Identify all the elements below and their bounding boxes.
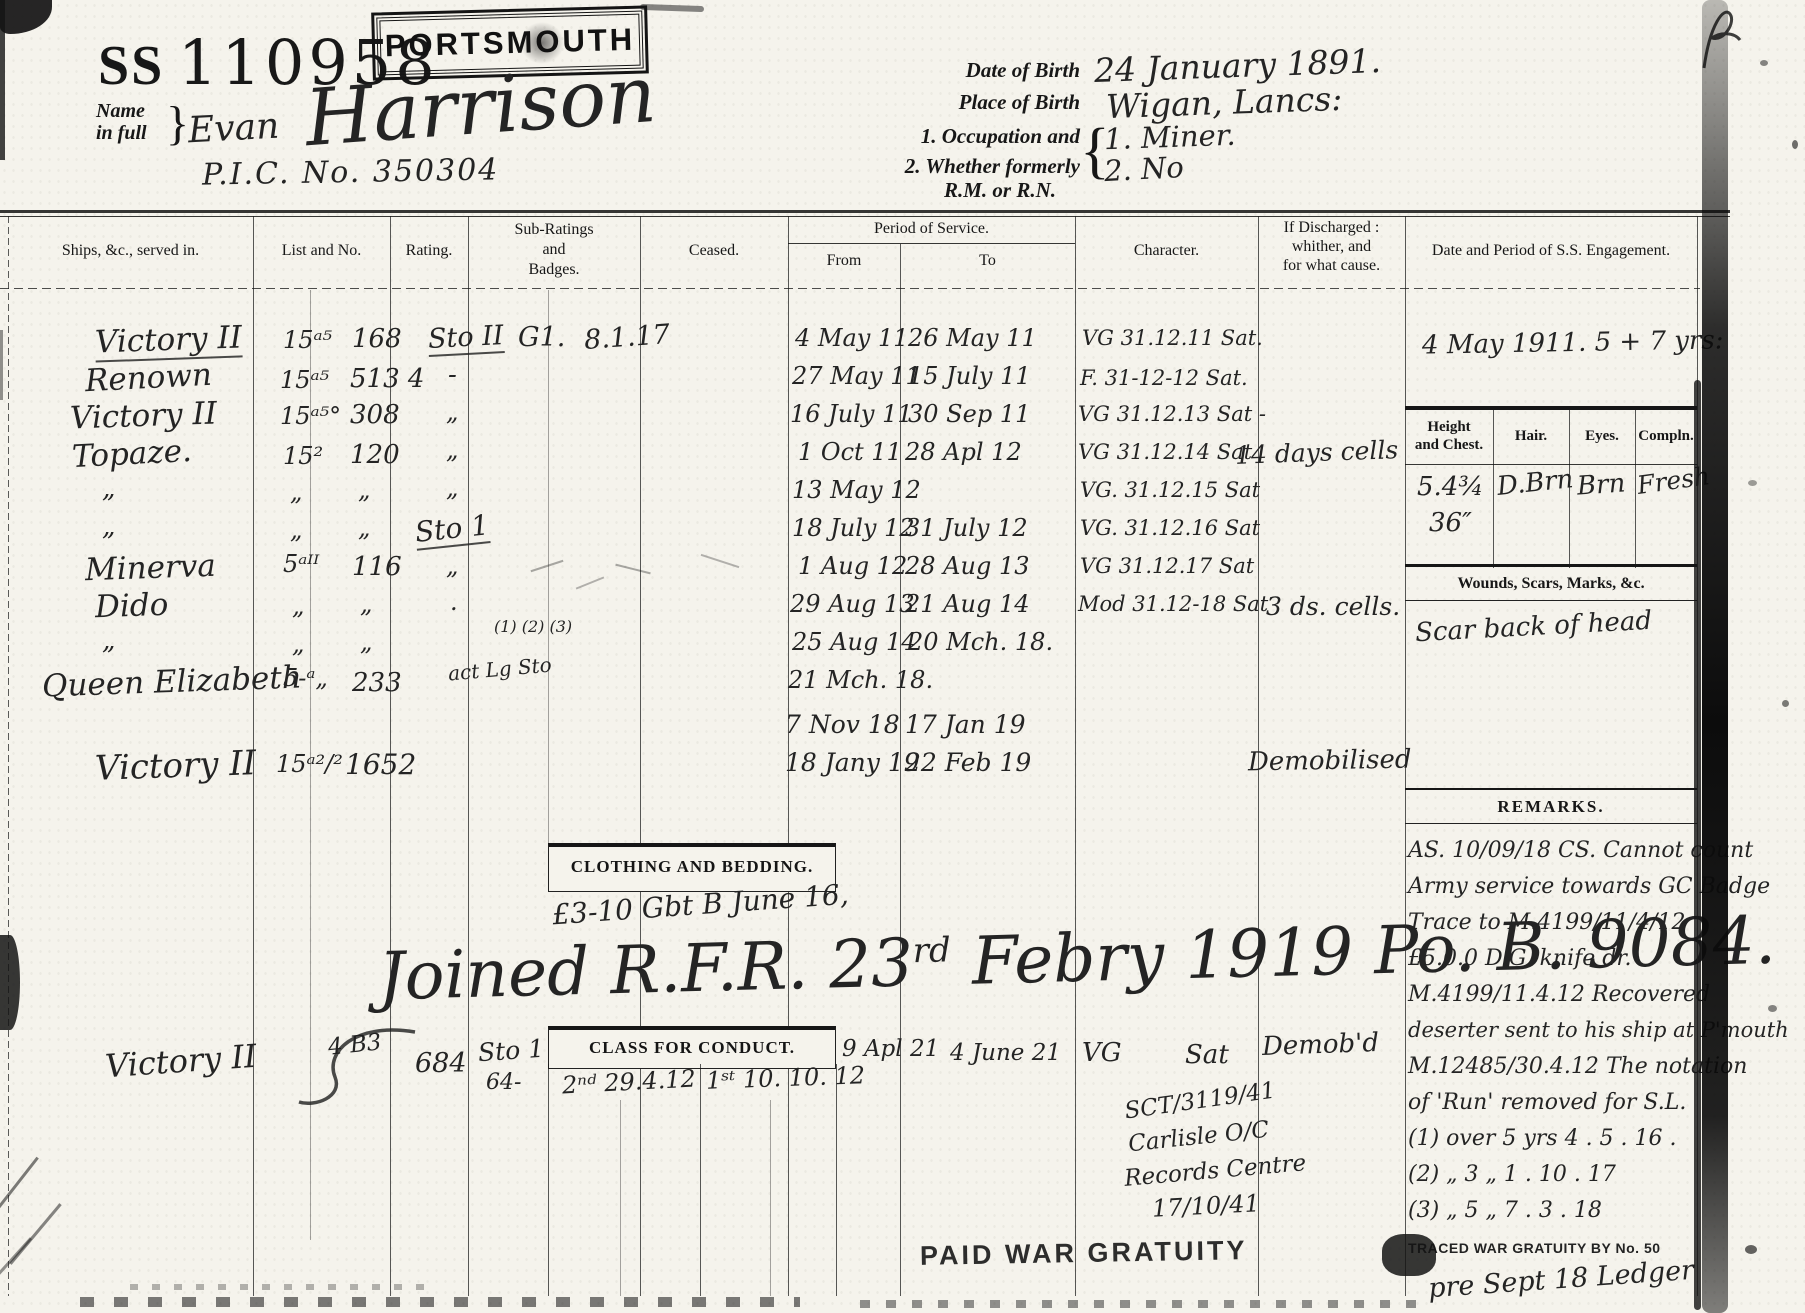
rating-entry: Sto II — [427, 320, 504, 357]
character-entry: VG 31.12.17 Sat — [1080, 554, 1254, 578]
service-from: 27 May 11 — [792, 362, 921, 390]
scan-artifact-bottom-dashes-2 — [860, 1300, 1420, 1308]
list-letter: 15² — [283, 442, 323, 470]
clothing-title: CLOTHING AND BEDDING. — [549, 847, 835, 877]
rating-entry: - — [448, 360, 457, 390]
table-row: Victory II 15ᵃ²/² 1652 18 Jany 19 22 Feb… — [0, 746, 1740, 788]
list-ditto-b: „ — [358, 514, 370, 542]
scan-artifact-speck-2 — [1792, 140, 1798, 149]
service-from: 1 Aug 12 — [798, 552, 907, 580]
list-ditto: „ — [292, 592, 304, 620]
list-letter: 15ᵃ²/² — [276, 750, 343, 778]
former-service-value: 2. No — [1103, 150, 1184, 188]
header-period: Period of Service. — [788, 220, 1075, 238]
name-label-text2: in full — [96, 122, 147, 144]
service-from: 13 May 12 — [792, 476, 921, 504]
ship-name: Dido — [94, 587, 168, 626]
table-row-final: Victory II 4 B3 684 Sto 1 64- 9 Apl 21 4… — [0, 1030, 1740, 1100]
ss-prefix: SS — [98, 34, 164, 98]
rating-entry: „ — [446, 398, 458, 426]
list-number: 120 — [350, 440, 400, 470]
pic-number: P.I.C. No. 350304 — [202, 152, 500, 192]
conduct-sub-line-1 — [620, 1100, 621, 1296]
service-from: 25 Aug 14 — [792, 628, 917, 656]
list-number: 233 — [352, 668, 402, 698]
list-ditto-b: „ — [360, 590, 372, 618]
service-to: 30 Sep 11 — [908, 400, 1030, 428]
joined-rfr-sup: rd — [912, 930, 951, 971]
traced-war-gratuity-stamp: TRACED WAR GRATUITY BY No. 50 — [1408, 1240, 1700, 1256]
scan-artifact-speck-5 — [1768, 1005, 1777, 1012]
sct-date: 17/10/41 — [1151, 1189, 1260, 1223]
ship-name: Victory II — [104, 1037, 258, 1085]
header-discharged: If Discharged : whither, and for what ca… — [1258, 218, 1405, 275]
service-from: 18 Jany 19 — [785, 748, 920, 777]
remarks-line: AS. 10/09/18 CS. Cannot count — [1408, 838, 1708, 874]
list-letter: 15ᵃ⁵° — [280, 402, 341, 430]
compln-header: Compln. — [1635, 428, 1697, 445]
sct-office: Carlisle O/C — [1127, 1117, 1270, 1158]
pob-label: Place of Birth — [905, 90, 1080, 115]
scan-artifact-stamp-smudge — [520, 22, 564, 64]
physical-table: Height and Chest. Hair. Eyes. Compln. 5.… — [1405, 406, 1697, 568]
height-chest-header: Height and Chest. — [1405, 418, 1493, 454]
service-from: 29 Aug 13 — [790, 590, 915, 618]
eyes-value: Brn — [1576, 468, 1626, 501]
hair-header: Hair. — [1493, 428, 1569, 445]
header-rating: Rating. — [390, 242, 468, 260]
occupation-label-1: 1. Occupation and — [880, 124, 1080, 149]
remarks-line: (1) over 5 yrs 4 . 5 . 16 . — [1408, 1126, 1708, 1162]
character-sat: Sat — [1185, 1040, 1229, 1070]
service-to: 31 July 12 — [905, 514, 1028, 542]
scan-artifact-right-inner — [1694, 380, 1701, 1310]
scan-artifact-bottom-dashes-3 — [130, 1284, 430, 1290]
list-number: 513 4 — [350, 364, 424, 394]
rating-ditto: „ — [446, 552, 458, 580]
ledger-note: pre Sept 18 Ledger — [1427, 1255, 1695, 1304]
badge-date: 8.1.17 — [583, 319, 671, 356]
list-ditto-b: „ — [358, 476, 370, 504]
header-ceased: Ceased. — [640, 242, 788, 260]
first-name-value: Evan — [187, 106, 280, 152]
discharge-note: 14 days cells — [1235, 435, 1399, 470]
height-value: 5.4¾ — [1417, 472, 1484, 502]
scan-artifact-speck-4 — [1782, 700, 1789, 707]
discharge-note: 3 ds. cells. — [1266, 592, 1400, 621]
list-ditto-b: „ — [360, 628, 372, 656]
rating-entry: „ — [446, 436, 458, 464]
table-row: 7 Nov 18 17 Jan 19 — [0, 708, 1740, 750]
pen-flourish — [295, 1022, 425, 1112]
header-sub-ratings-l3: Badges. — [528, 261, 579, 278]
character-entry: F. 31-12-12 Sat. — [1080, 366, 1248, 390]
remarks-title: REMARKS. — [1405, 790, 1697, 824]
occupation-label-3: R.M. or R.N. — [920, 178, 1080, 203]
header-sub-ratings-l1: Sub-Ratings — [514, 221, 593, 238]
service-from: 21 Mch. 18. — [788, 666, 933, 694]
height-header-l1: Height — [1427, 419, 1470, 435]
scan-artifact-right-band — [1702, 0, 1728, 1313]
header-discharged-l3: for what cause. — [1283, 257, 1380, 274]
list-number: 116 — [352, 552, 402, 582]
wounds-title: Wounds, Scars, Marks, &c. — [1405, 567, 1697, 601]
scan-artifact-left-top — [0, 0, 5, 160]
list-letter: 15ᵃ⁵ — [283, 326, 332, 354]
service-from: 7 Nov 18 — [785, 710, 900, 739]
character-entry: VG. 31.12.15 Sat — [1080, 478, 1260, 502]
list-letter: 15ᵃ⁵ — [280, 366, 329, 394]
service-to: 22 Feb 19 — [905, 748, 1031, 777]
name-label-text: Name — [96, 100, 145, 122]
scan-artifact-speck-6 — [1745, 1245, 1757, 1254]
header-discharged-l1: If Discharged : — [1284, 219, 1380, 236]
engagement-entry: 4 May 1911. 5 + 7 yrs: — [1422, 325, 1724, 360]
hair-value: D.Brn — [1496, 464, 1575, 502]
header-bottom-rule — [0, 288, 1700, 289]
header-from: From — [788, 252, 900, 270]
table-top-rule — [0, 210, 1730, 213]
service-from: 9 Apl 21 — [842, 1036, 939, 1062]
header-character: Character. — [1075, 242, 1258, 260]
joined-rfr-part1: Joined R.F.R. 23 — [377, 924, 914, 1015]
service-to: 28 Aug 13 — [905, 552, 1030, 580]
ship-name: Queen Elizabeth — [41, 659, 302, 704]
service-record-page: SS 110958 PORTSMOUTH Name in full } Evan… — [0, 0, 1805, 1313]
table-header-row: Ships, &c., served in. List and No. Rati… — [0, 216, 1730, 288]
ship-name: Minerva — [84, 548, 216, 589]
character-entry: VG. 31.12.16 Sat — [1080, 516, 1260, 540]
header-engagement: Date and Period of S.S. Engagement. — [1405, 242, 1697, 260]
service-from: 4 May 11 — [795, 324, 909, 352]
list-ditto: „ — [290, 478, 302, 506]
service-to: 17 Jan 19 — [905, 710, 1026, 739]
ship-ditto: „ — [102, 626, 115, 656]
rating-ditto: „ — [446, 474, 458, 502]
service-to: 20 Mch. 18. — [908, 628, 1053, 656]
remarks-line: (3) „ 5 „ 7 . 3 . 18 — [1408, 1198, 1708, 1234]
chest-value: 36″ — [1429, 508, 1472, 538]
sub-rating-entry: G1. — [518, 322, 565, 353]
discharge-note: Demobilised — [1248, 745, 1412, 778]
rating-badges: (1) (2) (3) — [494, 618, 572, 635]
character-entry: VG 31.12.14 Sat — [1078, 440, 1252, 464]
rating-entry-2: 64- — [486, 1070, 521, 1095]
service-from: 16 July 11 — [790, 400, 913, 428]
remarks-section: REMARKS. — [1405, 788, 1697, 824]
rating-entry: Sto 1 — [477, 1034, 545, 1068]
scan-artifact-bottom-dashes-1 — [80, 1297, 800, 1307]
dob-label: Date of Birth — [905, 58, 1080, 83]
list-letter: 5ᵃᴵᴵ — [283, 550, 319, 578]
header-ships: Ships, &c., served in. — [8, 242, 253, 260]
name-brace: } — [166, 96, 189, 151]
list-number: 168 — [352, 324, 402, 354]
header-sub-ratings-l2: and — [542, 241, 565, 258]
ship-ditto: „ — [102, 474, 115, 504]
character-entry: Mod 31.12-18 Sat — [1078, 592, 1268, 616]
header-discharged-l2: whither, and — [1292, 238, 1371, 255]
table-row: Queen Elizabeth 5-ᵃ„ 233 act Lg Sto 21 M… — [0, 664, 1740, 706]
service-to: 21 Aug 14 — [905, 590, 1030, 618]
ship-name: Victory II — [69, 395, 217, 436]
discharge-note: Demob'd — [1262, 1028, 1380, 1062]
ship-name: Victory II — [94, 319, 242, 362]
ship-name: Victory II — [94, 743, 256, 789]
list-ditto: „ — [292, 630, 304, 658]
record-header: SS 110958 PORTSMOUTH Name in full } Evan… — [0, 0, 1805, 208]
character-entry: VG 31.12.11 Sat. — [1082, 326, 1263, 350]
character-entry: VG — [1082, 1038, 1122, 1068]
list-number: 308 — [350, 400, 400, 430]
sct-records: Records Centre — [1123, 1150, 1307, 1192]
service-to: 28 Apl 12 — [905, 438, 1022, 466]
service-from: 18 July 12 — [792, 514, 915, 542]
rating-entry: Sto 1 — [413, 508, 490, 551]
eyes-header: Eyes. — [1569, 428, 1635, 445]
header-to: To — [900, 252, 1075, 270]
list-letter: 5-ᵃ„ — [283, 664, 328, 692]
table-row: Renown 15ᵃ⁵ 513 4 - 27 May 11 15 July 11… — [0, 360, 1740, 402]
scan-artifact-traced-blob — [1382, 1234, 1436, 1276]
height-header-l2: and Chest. — [1415, 437, 1483, 453]
service-to: 26 May 11 — [908, 324, 1037, 352]
list-number: 1652 — [345, 748, 416, 781]
character-entry: VG 31.12.13 Sat - — [1078, 402, 1266, 426]
physical-header-rule — [1405, 464, 1697, 465]
remarks-line: M.4199/11.4.12 Recovered — [1408, 982, 1708, 1018]
scan-artifact-speck-1 — [1760, 60, 1768, 66]
ship-name: Renown — [84, 357, 213, 400]
scan-artifact-speck-3 — [1748, 480, 1757, 486]
remarks-line: (2) „ 3 „ 1 . 10 . 17 — [1408, 1162, 1708, 1198]
service-to: 15 July 11 — [908, 362, 1031, 390]
header-list-no: List and No. — [253, 242, 390, 260]
scan-artifact-left-blob — [0, 935, 20, 1030]
name-label: Name in full — [96, 100, 147, 144]
paid-war-gratuity-stamp: PAID WAR GRATUITY — [920, 1235, 1248, 1272]
header-sub-ratings: Sub-Ratings and Badges. — [468, 220, 640, 280]
occupation-label-2: 2. Whether formerly — [880, 154, 1080, 179]
scan-artifact-hatch-1 — [0, 1157, 39, 1216]
wounds-section: Wounds, Scars, Marks, &c. — [1405, 564, 1697, 601]
conduct-sub-line-2 — [770, 1100, 771, 1296]
service-from: 1 Oct 11 — [798, 438, 902, 466]
scan-artifact-left-mid — [0, 330, 3, 400]
ship-ditto: „ — [102, 512, 115, 542]
ship-name: Topaze. — [71, 433, 193, 475]
list-ditto: „ — [290, 516, 302, 544]
service-to: 4 June 21 — [950, 1040, 1061, 1066]
rating-mark: . — [450, 588, 458, 616]
